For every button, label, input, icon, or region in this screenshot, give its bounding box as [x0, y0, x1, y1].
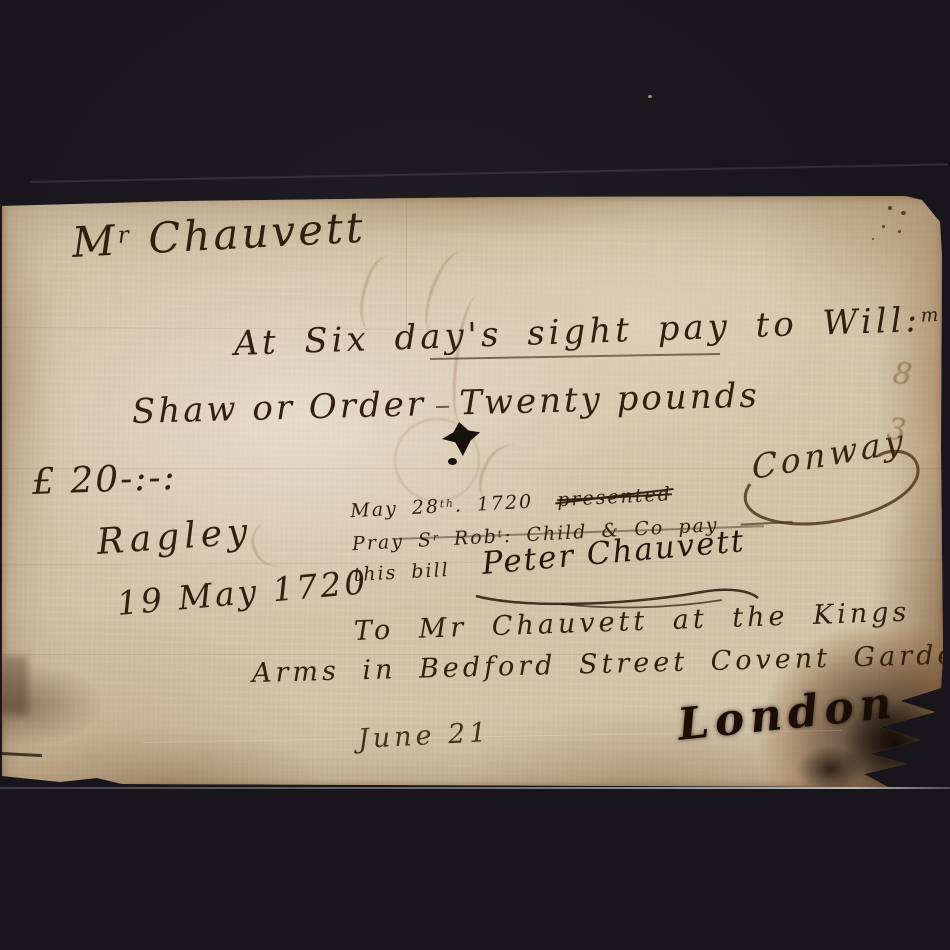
ink-blot-dot	[448, 458, 457, 465]
plastic-sleeve-edge-top	[30, 163, 948, 183]
pray-text-a: Pray S	[352, 529, 434, 555]
city-name: London	[675, 677, 900, 751]
addressee-initial: M	[71, 216, 120, 267]
green-speck	[648, 95, 652, 98]
ink-speckle	[888, 206, 892, 210]
amount-figures: £ 20-:-:	[31, 457, 177, 503]
bill-paper: Mr Chauvett At Six day's sight pay to Wi…	[2, 196, 943, 787]
ink-speckle	[872, 238, 874, 240]
addressee-name: Chauvett	[131, 203, 367, 264]
payee-clause: Shaw or Order Twenty pounds	[131, 376, 760, 432]
addressee-note: Mr Chauvett	[71, 203, 367, 267]
addressee-superscript: r	[117, 222, 132, 249]
presentment-year: . 1720	[454, 491, 533, 517]
payee-name: Shaw or Order	[131, 384, 426, 432]
ghost-mark	[245, 507, 321, 576]
ghost-number: 83	[884, 346, 908, 459]
ink-speckle	[901, 211, 906, 215]
presentment-date: May 28	[350, 496, 441, 523]
sight-clause-superscript: m	[920, 305, 942, 327]
stain-smudge	[2, 656, 28, 716]
amount-words: Twenty pounds	[459, 376, 760, 424]
presentment-date-superscript: th	[440, 498, 456, 511]
left-edge-ink-dash	[2, 752, 42, 757]
june-note: June 21	[357, 717, 491, 755]
plastic-sleeve-edge-bottom	[0, 787, 950, 789]
pen-dash	[436, 406, 449, 408]
sight-clause-text: At Six day's sight pay to Will:	[233, 300, 921, 364]
crease-line	[406, 196, 407, 336]
ink-speckle	[882, 225, 885, 228]
ink-speckle	[898, 230, 901, 233]
issue-date: 19 May 1720	[115, 562, 370, 623]
place-name: Ragley	[96, 511, 254, 563]
this-bill-text: this bill	[353, 559, 450, 586]
presented-word: presented	[557, 483, 673, 511]
photo-background: Mr Chauvett At Six day's sight pay to Wi…	[0, 0, 950, 950]
